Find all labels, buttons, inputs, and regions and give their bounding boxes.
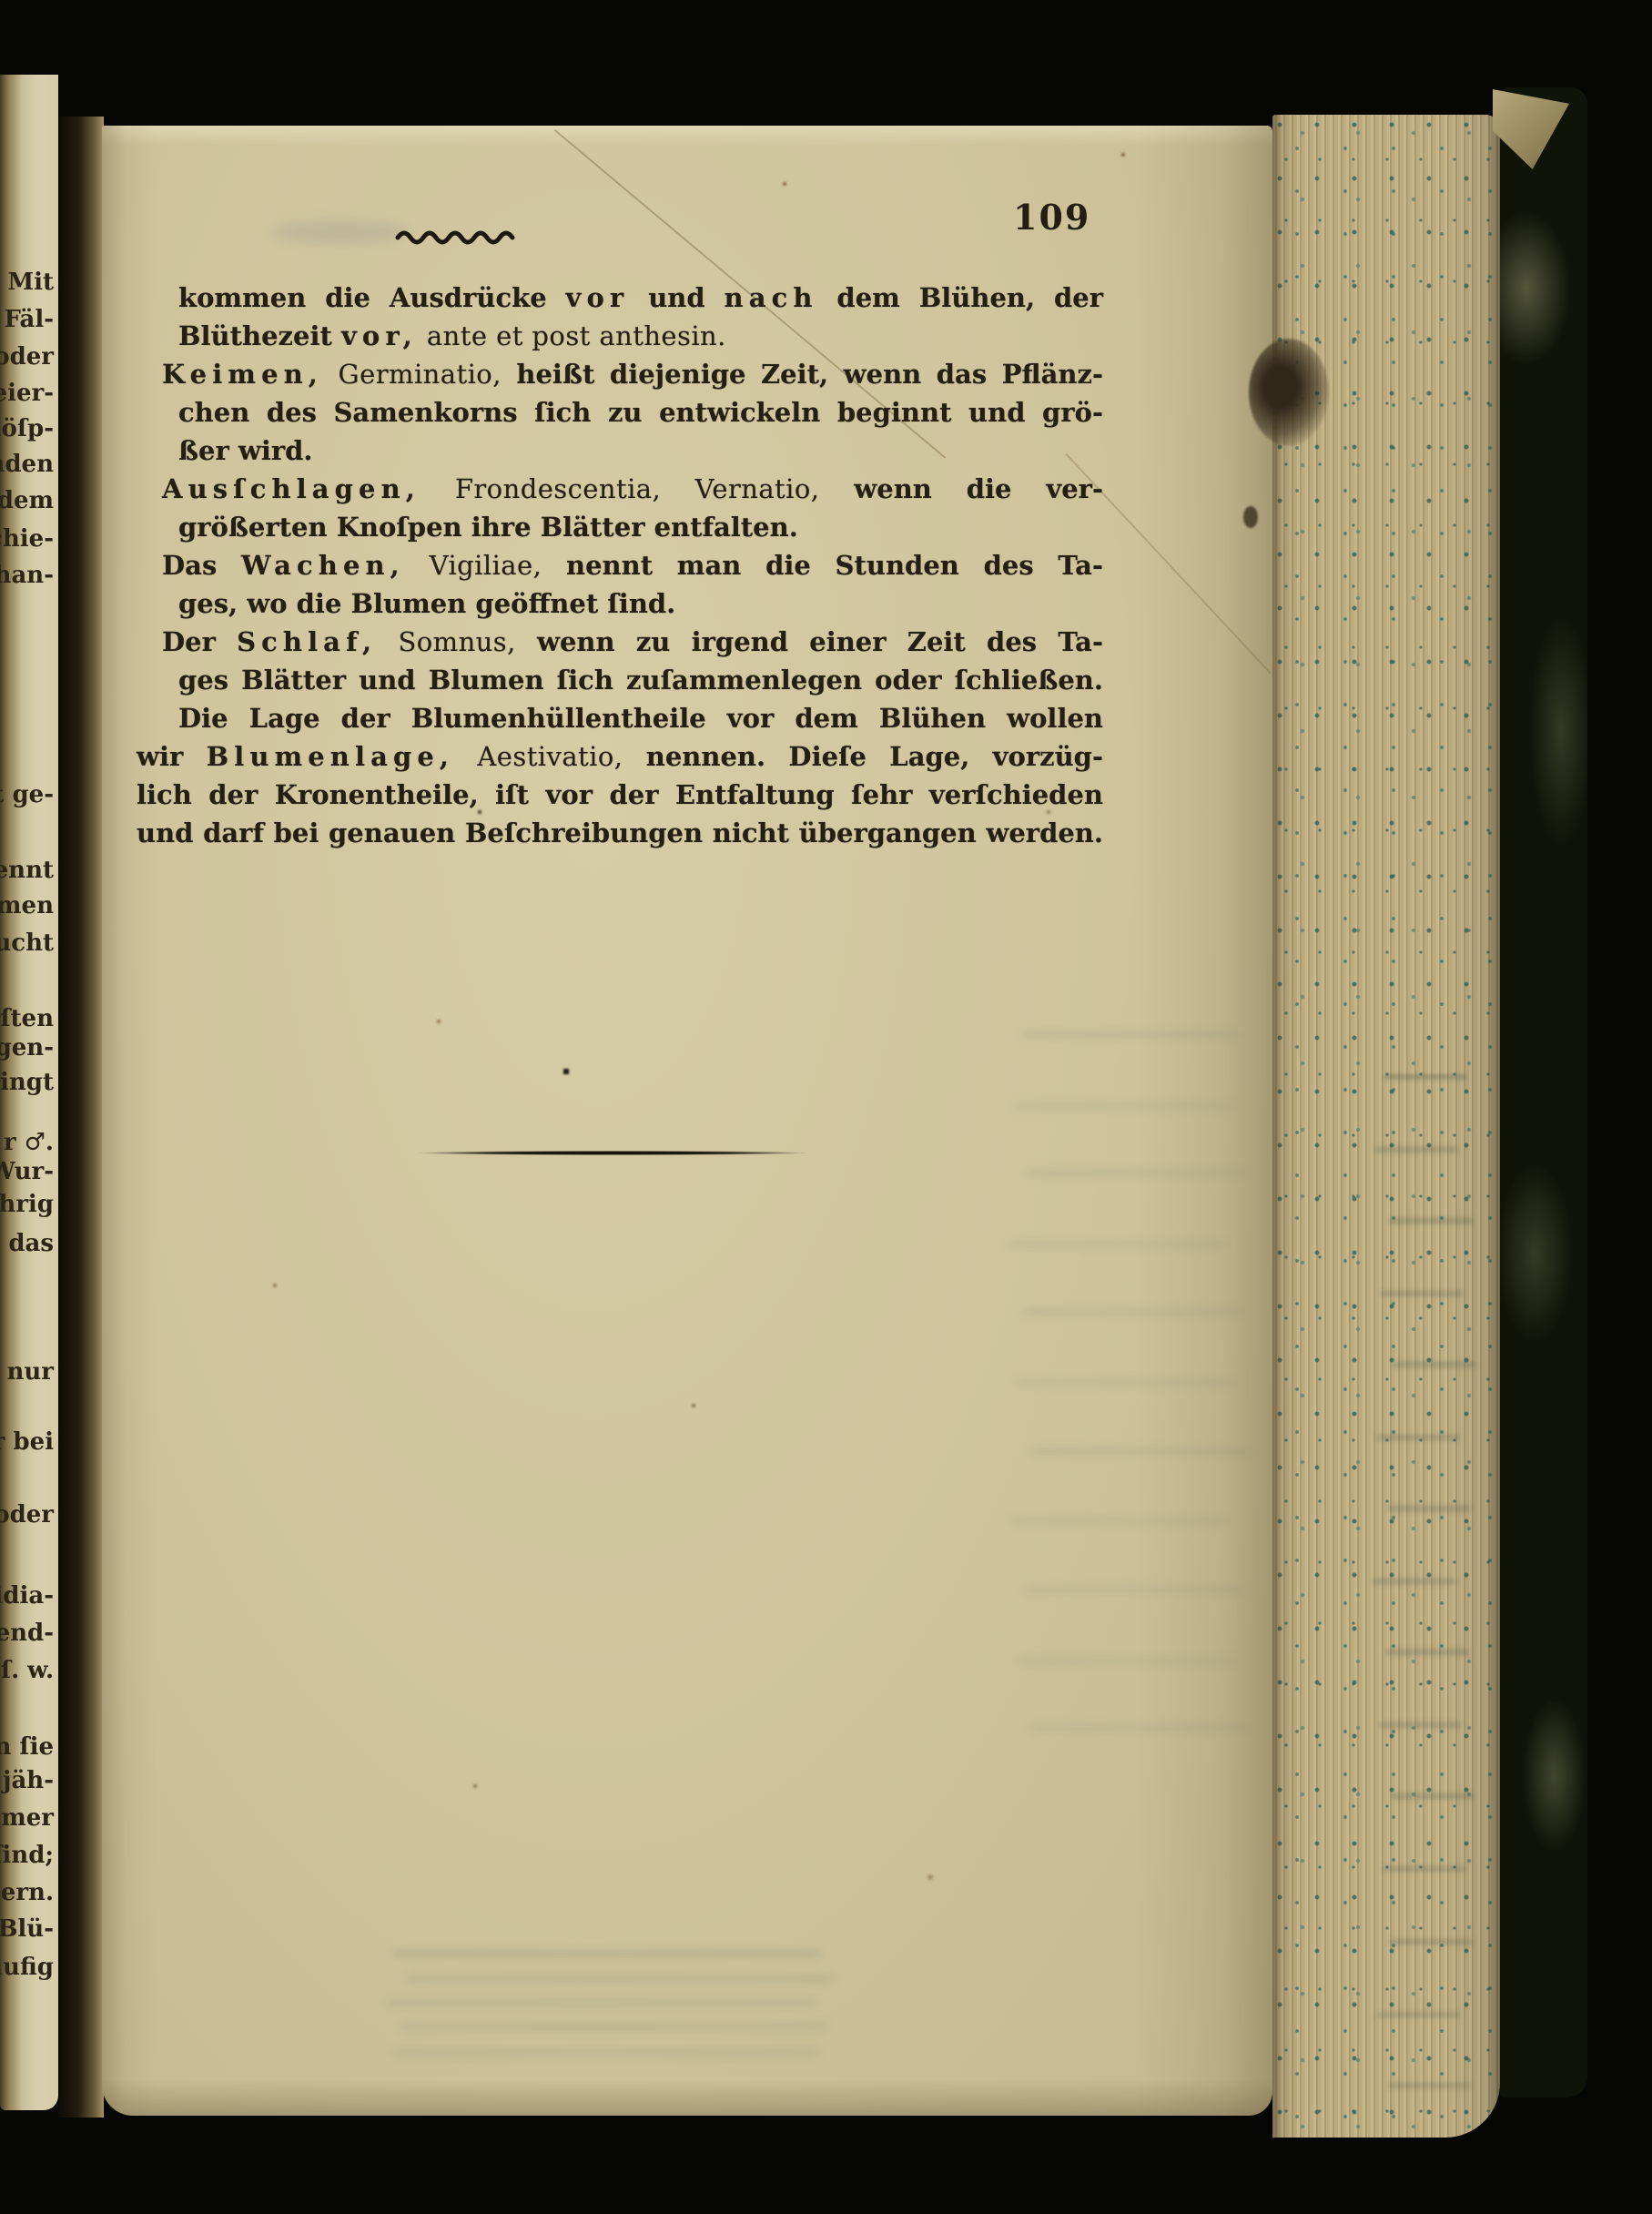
cover-board-marbled [1500, 87, 1587, 2097]
text-line: größerten Knoſpen ihre Blätter entfalten… [137, 508, 1103, 546]
text-segment: ges, wo die Blumen geöffnet ſind. [178, 588, 675, 619]
prev-page-text-fragment: nur [6, 1358, 54, 1386]
text-segment [421, 473, 455, 504]
text-line: ßer wird. [137, 432, 1103, 470]
text-segment: Frondescentia, Vernatio, [455, 473, 820, 504]
text-segment: Schlaf, [237, 626, 377, 657]
prev-page-text-fragment: oder [0, 343, 54, 371]
text-block: kommen die Ausdrücke vor und nach dem Bl… [137, 279, 1103, 852]
prev-page-text-fragment: r bei [0, 1428, 54, 1456]
text-line: Das Wachen, Vigiliae, nennt man die Stun… [137, 546, 1103, 584]
prev-page-text-fragment: ſind; [0, 1842, 54, 1869]
text-segment: wenn zu irgend einer Zeit des Ta- [516, 626, 1103, 657]
text-segment: nennt man die Stunden des Ta- [542, 550, 1103, 581]
fore-edge-speckle-column [1383, 1074, 1467, 1080]
text-segment: Der [162, 626, 237, 657]
bleed-through-text-ghost [393, 1950, 821, 1957]
text-line: chen des Samenkorns ſich zu entwickeln b… [137, 393, 1103, 432]
text-segment: Blüthezeit [178, 320, 341, 351]
paper-specks [102, 126, 106, 129]
book-scan: MitFäl-odereier-nöſp-ndendemſchie-chan-t… [0, 0, 1652, 2214]
prev-page-text-fragment: n ſie [0, 1733, 54, 1761]
prev-page-text-fragment: lgen- [0, 1034, 54, 1061]
fore-edge-stain [1249, 339, 1329, 446]
text-segment [405, 550, 430, 581]
text-line: Der Schlaf, Somnus, wenn zu irgend einer… [137, 623, 1103, 661]
text-segment: wenn die ver- [819, 473, 1103, 504]
book-page: 109 kommen die Ausdrücke vor und nach de… [102, 126, 1272, 2116]
text-segment [454, 741, 477, 772]
text-segment: nach [725, 282, 818, 313]
text-line: ges Blätter und Blumen ſich zuſammenlege… [137, 661, 1103, 699]
text-segment: Germinatio, [339, 359, 502, 390]
text-line: kommen die Ausdrücke vor und nach dem Bl… [137, 279, 1103, 317]
prev-page-text-fragment: nden [0, 451, 54, 478]
text-segment: Somnus, [398, 626, 515, 657]
text-segment: lich der Kronentheile, iſt vor der Entfa… [137, 779, 1103, 810]
text-line: wir Blumenlage, Aestivatio, nennen. Dieſ… [137, 737, 1103, 776]
text-segment: Keimen, [162, 359, 323, 390]
text-segment: ges Blätter und Blumen ſich zuſammenlege… [178, 665, 1103, 696]
prev-page-text-fragment: oder [0, 1501, 54, 1528]
text-segment: Ausſchlagen, [162, 473, 421, 504]
prev-page-text-fragment: ſ. w. [1, 1657, 54, 1684]
text-segment: Wachen, [241, 550, 405, 581]
text-segment: Vigiliae, [430, 550, 542, 581]
prev-page-text-fragment: uern. [0, 1879, 54, 1906]
bleed-through-text-ghost [1021, 1031, 1240, 1038]
text-segment: und darf bei genauen Beſchreibungen nich… [137, 818, 1103, 848]
text-segment: wir [137, 741, 207, 772]
text-segment [323, 359, 339, 390]
text-line: Blüthezeit vor, ante et post anthesin. [137, 317, 1103, 355]
text-segment: Blumenlage, [207, 741, 454, 772]
prev-page-text-fragment: Fäl- [4, 306, 54, 333]
section-divider-rule [415, 1151, 810, 1155]
text-segment: nennen. Dieſe Lage, vorzüg- [623, 741, 1103, 772]
text-segment: Aestivatio, [477, 741, 623, 772]
prev-page-text-fragment: idia- [0, 1582, 54, 1610]
prev-page-text-fragment: r ♂. [4, 1129, 54, 1156]
prev-page-text-fragment: Wur- [0, 1158, 54, 1185]
text-segment: und [629, 282, 724, 313]
ink-bleed-smudge [273, 220, 410, 244]
prev-page-text-fragment: end- [0, 1620, 54, 1647]
text-line: lich der Kronentheile, iſt vor der Entfa… [137, 776, 1103, 814]
prev-page-text-fragment: amen [0, 892, 54, 919]
text-segment: dem Blühen, der [818, 282, 1103, 313]
prev-page-text-fragment: jäh- [3, 1767, 54, 1794]
text-segment: kommen die Ausdrücke [178, 282, 566, 313]
prev-page-text-fragment: rſten [0, 1005, 54, 1032]
text-segment: ßer wird. [178, 435, 313, 466]
prev-page-text-fragment: mmer [0, 1804, 54, 1832]
wavy-rule-ornament [395, 228, 515, 246]
gutter-shadow [58, 117, 104, 2118]
text-line: Die Lage der Blumenhüllentheile vor dem … [137, 699, 1103, 737]
previous-page-edge: MitFäl-odereier-nöſp-ndendemſchie-chan-t… [0, 75, 58, 2110]
text-segment: Die Lage der Blumenhüllentheile vor dem … [178, 703, 1103, 734]
prev-page-text-fragment: das [8, 1230, 54, 1257]
prev-page-text-fragment: äufig [0, 1954, 54, 1981]
text-segment [418, 320, 427, 351]
prev-page-text-fragment: Mit [7, 269, 54, 296]
prev-page-text-fragment: chan- [0, 562, 54, 589]
prev-page-text-fragment: ringt [0, 1069, 54, 1096]
text-line: Ausſchlagen, Frondescentia, Vernatio, we… [137, 470, 1103, 508]
text-segment [377, 626, 398, 657]
text-line: und darf bei genauen Beſchreibungen nich… [137, 814, 1103, 852]
prev-page-text-fragment: t ge- [0, 781, 54, 808]
text-segment: vor [566, 282, 630, 313]
prev-page-text-fragment: Blü- [0, 1915, 54, 1943]
prev-page-text-fragment: nöſp- [0, 415, 54, 442]
fore-edge-stain [1243, 506, 1258, 528]
prev-page-text-fragment: aucht [0, 929, 54, 957]
text-segment: vor, [341, 320, 418, 351]
page-number: 109 [1013, 197, 1090, 238]
text-segment: heißt diejenige Zeit, wenn das Pflänz- [502, 359, 1103, 390]
prev-page-text-fragment: eier- [0, 380, 54, 407]
text-line: Keimen, Germinatio, heißt diejenige Zeit… [137, 355, 1103, 393]
text-segment: Das [162, 550, 241, 581]
prev-page-text-fragment: ſchie- [0, 525, 54, 553]
prev-page-text-fragment: ennt [0, 857, 54, 884]
prev-page-text-fragment: ährig [0, 1191, 54, 1218]
text-segment: ante et post anthesin. [427, 320, 726, 351]
text-line: ges, wo die Blumen geöffnet ſind. [137, 584, 1103, 623]
prev-page-text-fragment: dem [0, 487, 54, 514]
text-segment: chen des Samenkorns ſich zu entwickeln b… [178, 397, 1103, 428]
text-segment: größerten Knoſpen ihre Blätter entfalten… [178, 512, 798, 543]
